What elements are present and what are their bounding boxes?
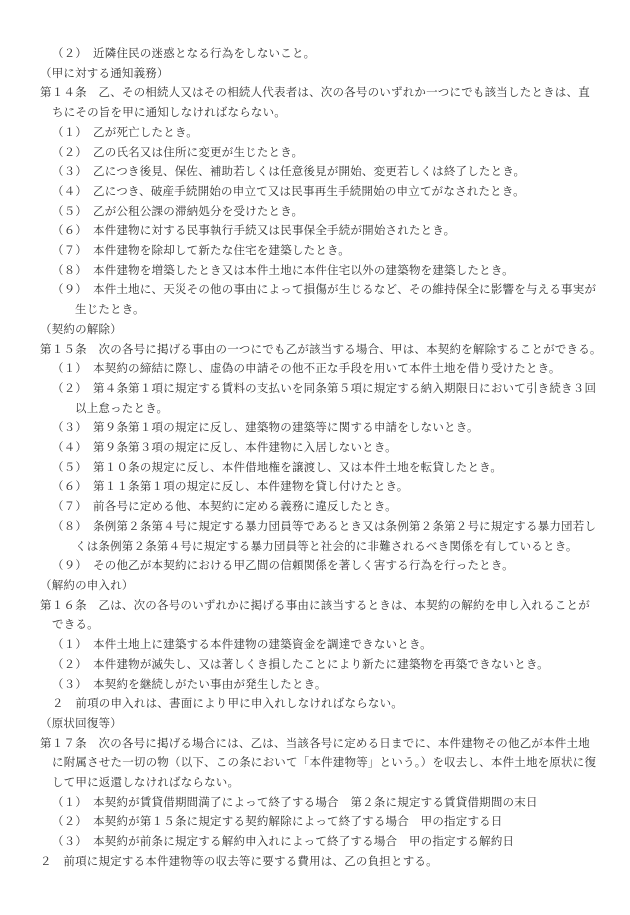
item: （７） 前各号に定める他、本契約に定める義務に違反したとき。 (40, 498, 608, 518)
contract-text: （２） 近隣住民の迷惑となる行為をしないこと。（甲に対する通知義務）第１４条 乙… (40, 45, 608, 873)
item: （５） 第１０条の規定に反し、本件借地権を譲渡し、又は本件土地を転貸したとき。 (40, 459, 608, 479)
paragraph: ２ 前項の申入れは、書面により甲に申入れしなければならない。 (40, 695, 608, 715)
item-continuation: くは条例第２条第４号に規定する暴力団員等と社会的に非難されるべき関係を有している… (40, 538, 608, 558)
item: （６） 本件建物に対する民事執行手続又は民事保全手続が開始されたとき。 (40, 222, 608, 242)
article-continuation: に附属させた一切の物（以下、この条において「本件建物等」という。）を収去し、本件… (40, 754, 608, 774)
item: （２） 本契約が第１５条に規定する契約解除によって終了する場合 甲の指定する日 (40, 813, 608, 833)
item-continuation: 生じたとき。 (40, 301, 608, 321)
item: （３） 本契約が前条に規定する解約申入れによって終了する場合 甲の指定する解約日 (40, 833, 608, 853)
section-label: （解約の申入れ） (40, 577, 608, 597)
item: （２） 本件建物が滅失し、又は著しくき損したことにより新たに建築物を再築できない… (40, 656, 608, 676)
item: （１） 乙が死亡したとき。 (40, 124, 608, 144)
article-heading: 第１６条 乙は、次の各号のいずれかに掲げる事由に該当するときは、本契約の解約を申… (40, 597, 608, 617)
article-continuation: して甲に返還しなければならない。 (40, 774, 608, 794)
item: （３） 本契約を継続しがたい事由が発生したとき。 (40, 676, 608, 696)
item: （８） 本件建物を増築したとき又は本件土地に本件住宅以外の建築物を建築したとき。 (40, 262, 608, 282)
document-page: （２） 近隣住民の迷惑となる行為をしないこと。（甲に対する通知義務）第１４条 乙… (0, 0, 630, 915)
item: （８） 条例第２条第４号に規定する暴力団員等であるとき又は条例第２条第２号に規定… (40, 518, 608, 538)
item: （３） 第９条第１項の規定に反し、建築物の建築等に関する申請をしないとき。 (40, 419, 608, 439)
item: （１） 本契約の締結に際し、虚偽の申請その他不正な手段を用いて本件土地を借り受け… (40, 360, 608, 380)
article-heading: 第１７条 次の各号に掲げる場合には、乙は、当該各号に定める日までに、本件建物その… (40, 735, 608, 755)
item: （９） 本件土地に、天災その他の事由によって損傷が生じるなど、その維持保全に影響… (40, 281, 608, 301)
item: （２） 近隣住民の迷惑となる行為をしないこと。 (40, 45, 608, 65)
item: （４） 乙につき、破産手続開始の申立て又は民事再生手続開始の申立てがなされたとき… (40, 183, 608, 203)
article-continuation: できる。 (40, 616, 608, 636)
article-continuation: ちにその旨を甲に通知しなければならない。 (40, 104, 608, 124)
section-label: （契約の解除） (40, 321, 608, 341)
paragraph: ２ 前項に規定する本件建物等の収去等に要する費用は、乙の負担とする。 (40, 853, 608, 873)
item: （６） 第１１条第１項の規定に反し、本件建物を貸し付けたとき。 (40, 478, 608, 498)
item: （１） 本件土地上に建築する本件建物の建築資金を調達できないとき。 (40, 636, 608, 656)
item: （１） 本契約が賃貸借期間満了によって終了する場合 第２条に規定する賃貸借期間の… (40, 794, 608, 814)
item: （７） 本件建物を除却して新たな住宅を建築したとき。 (40, 242, 608, 262)
item: （２） 乙の氏名又は住所に変更が生じたとき。 (40, 144, 608, 164)
item: （５） 乙が公租公課の滞納処分を受けたとき。 (40, 203, 608, 223)
section-label: （甲に対する通知義務） (40, 65, 608, 85)
section-label: （原状回復等） (40, 715, 608, 735)
item-continuation: 以上怠ったとき。 (40, 400, 608, 420)
item: （２） 第４条第１項に規定する賃料の支払いを同条第５項に規定する納入期限日におい… (40, 380, 608, 400)
item: （４） 第９条第３項の規定に反し、本件建物に入居しないとき。 (40, 439, 608, 459)
article-heading: 第１４条 乙、その相続人又はその相続人代表者は、次の各号のいずれか一つにでも該当… (40, 84, 608, 104)
item: （９） その他乙が本契約における甲乙間の信頼関係を著しく害する行為を行ったとき。 (40, 557, 608, 577)
item: （３） 乙につき後見、保佐、補助若しくは任意後見が開始、変更若しくは終了したとき… (40, 163, 608, 183)
article-heading: 第１５条 次の各号に掲げる事由の一つにでも乙が該当する場合、甲は、本契約を解除す… (40, 341, 608, 361)
